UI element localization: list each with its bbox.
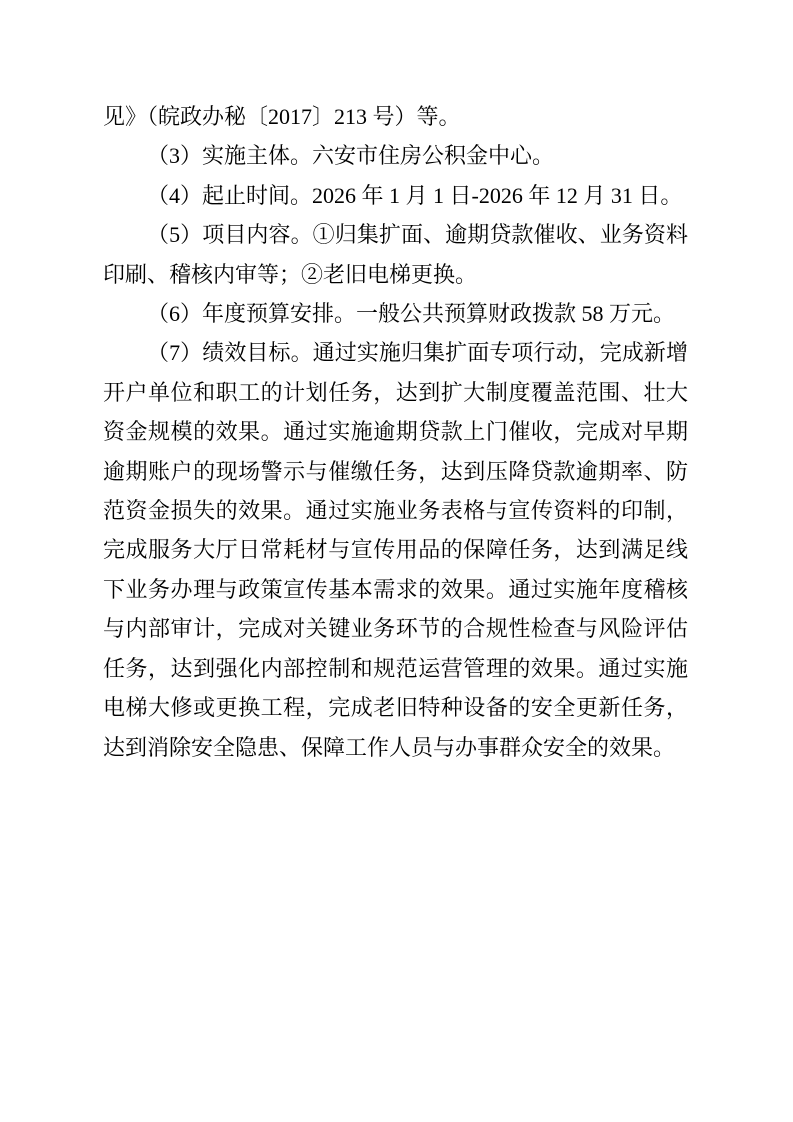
paragraph-item-3-implementing-body: （3）实施主体。六安市住房公积金中心。 (103, 136, 688, 175)
paragraph-item-5-project-content: （5）项目内容。①归集扩面、逾期贷款催收、业务资料印刷、稽核内审等；②老旧电梯更… (103, 215, 688, 294)
paragraph-continuation: 见》（皖政办秘〔2017〕213 号）等。 (103, 97, 688, 136)
paragraph-item-4-time-period: （4）起止时间。2026 年 1 月 1 日-2026 年 12 月 31 日。 (103, 176, 688, 215)
document-page: 见》（皖政办秘〔2017〕213 号）等。 （3）实施主体。六安市住房公积金中心… (0, 0, 793, 1122)
paragraph-item-7-performance-goals: （7）绩效目标。通过实施归集扩面专项行动，完成新增开户单位和职工的计划任务，达到… (103, 333, 688, 766)
text-block: 见》（皖政办秘〔2017〕213 号）等。 （3）实施主体。六安市住房公积金中心… (103, 97, 688, 767)
paragraph-item-6-annual-budget: （6）年度预算安排。一般公共预算财政拨款 58 万元。 (103, 294, 688, 333)
